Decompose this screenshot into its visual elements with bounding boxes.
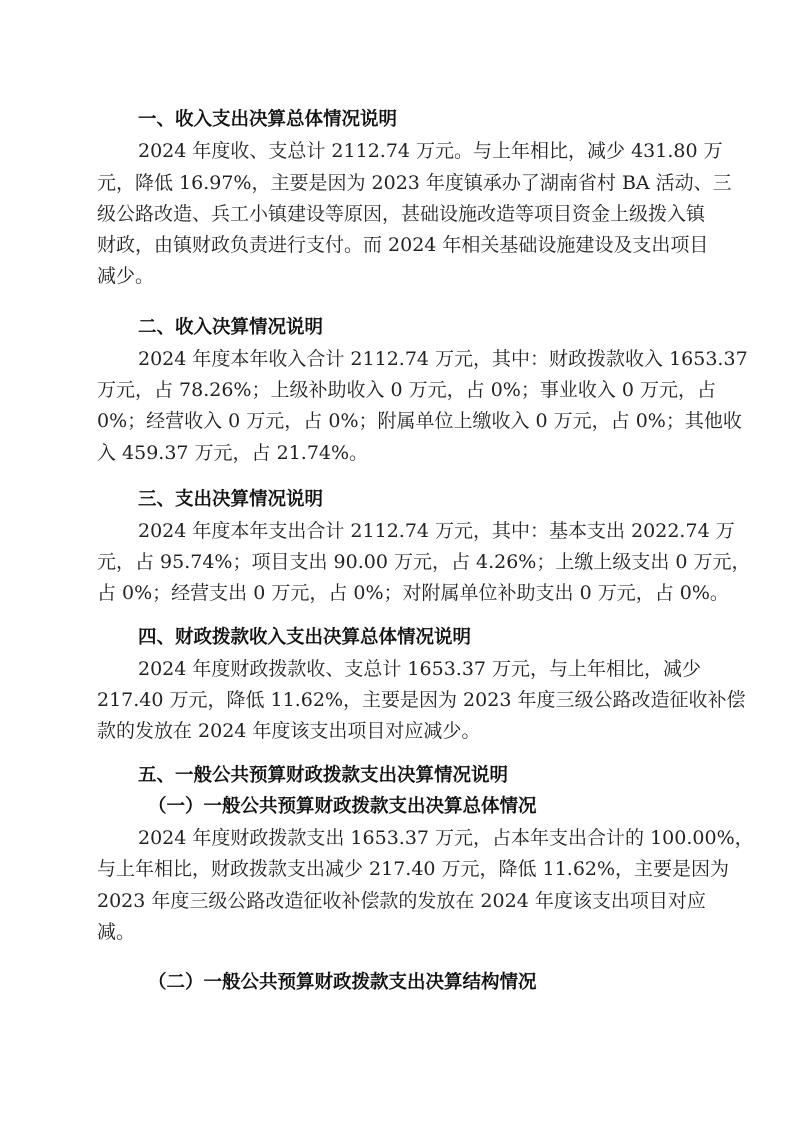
paragraph-line: 万元，占 78.26%；上级补助收入 0 万元，占 0%；事业收入 0 万元，占 [97,375,697,405]
section-heading-2: 二、收入决算情况说明 [138,313,323,343]
paragraph-line: 0%；经营收入 0 万元，占 0%；附属单位上缴收入 0 万元，占 0%；其他收 [97,406,697,436]
paragraph-line: 财政，由镇财政负责进行支付。而 2024 年相关基础设施建设及支出项目 [97,230,697,260]
paragraph-line: 2023 年度三级公路改造征收补偿款的发放在 2024 年度该支出项目对应 [97,886,697,916]
section-heading-3: 三、支出决算情况说明 [138,485,323,515]
section-heading-1: 一、收入支出决算总体情况说明 [138,105,397,135]
section-heading-5: 五、一般公共预算财政拨款支出决算情况说明 [138,761,508,791]
paragraph-line: 217.40 万元，降低 11.62%，主要是因为 2023 年度三级公路改造征… [97,685,697,715]
paragraph-line: 减少。 [97,261,697,291]
document-page: 一、收入支出决算总体情况说明 2024 年度收、支总计 2112.74 万元。与… [0,0,793,1122]
paragraph-line: 级公路改造、兵工小镇建设等原因，甚础设施改造等项目资金上级拨入镇 [97,199,697,229]
paragraph-line: 元，占 95.74%；项目支出 90.00 万元，占 4.26%；上缴上级支出 … [97,547,697,577]
paragraph-line: 与上年相比，财政拨款支出减少 217.40 万元，降低 11.62%，主要是因为 [97,854,697,884]
paragraph-line: 2024 年度收、支总计 2112.74 万元。与上年相比，减少 431.80 … [138,136,697,166]
paragraph-line: 元，降低 16.97%，主要是因为 2023 年度镇承办了湖南省村 BA 活动、… [97,168,697,198]
paragraph-line: 2024 年度财政拨款收、支总计 1653.37 万元，与上年相比，减少 [138,654,697,684]
paragraph-line: 减。 [97,917,697,947]
subsection-heading-5-1: （一）一般公共预算财政拨款支出决算总体情况 [148,792,537,822]
subsection-heading-5-2: （二）一般公共预算财政拨款支出决算结构情况 [148,968,537,998]
paragraph-line: 2024 年度财政拨款支出 1653.37 万元，占本年支出合计的 100.00… [138,823,697,853]
paragraph-line: 入 459.37 万元，占 21.74%。 [97,438,697,468]
paragraph-line: 2024 年度本年支出合计 2112.74 万元，其中：基本支出 2022.74… [138,516,697,546]
section-heading-4: 四、财政拨款收入支出决算总体情况说明 [138,623,471,653]
paragraph-line: 2024 年度本年收入合计 2112.74 万元，其中：财政拨款收入 1653.… [138,344,697,374]
paragraph-line: 占 0%；经营支出 0 万元，占 0%；对附属单位补助支出 0 万元，占 0%。 [97,578,697,608]
paragraph-line: 款的发放在 2024 年度该支出项目对应减少。 [97,716,697,746]
